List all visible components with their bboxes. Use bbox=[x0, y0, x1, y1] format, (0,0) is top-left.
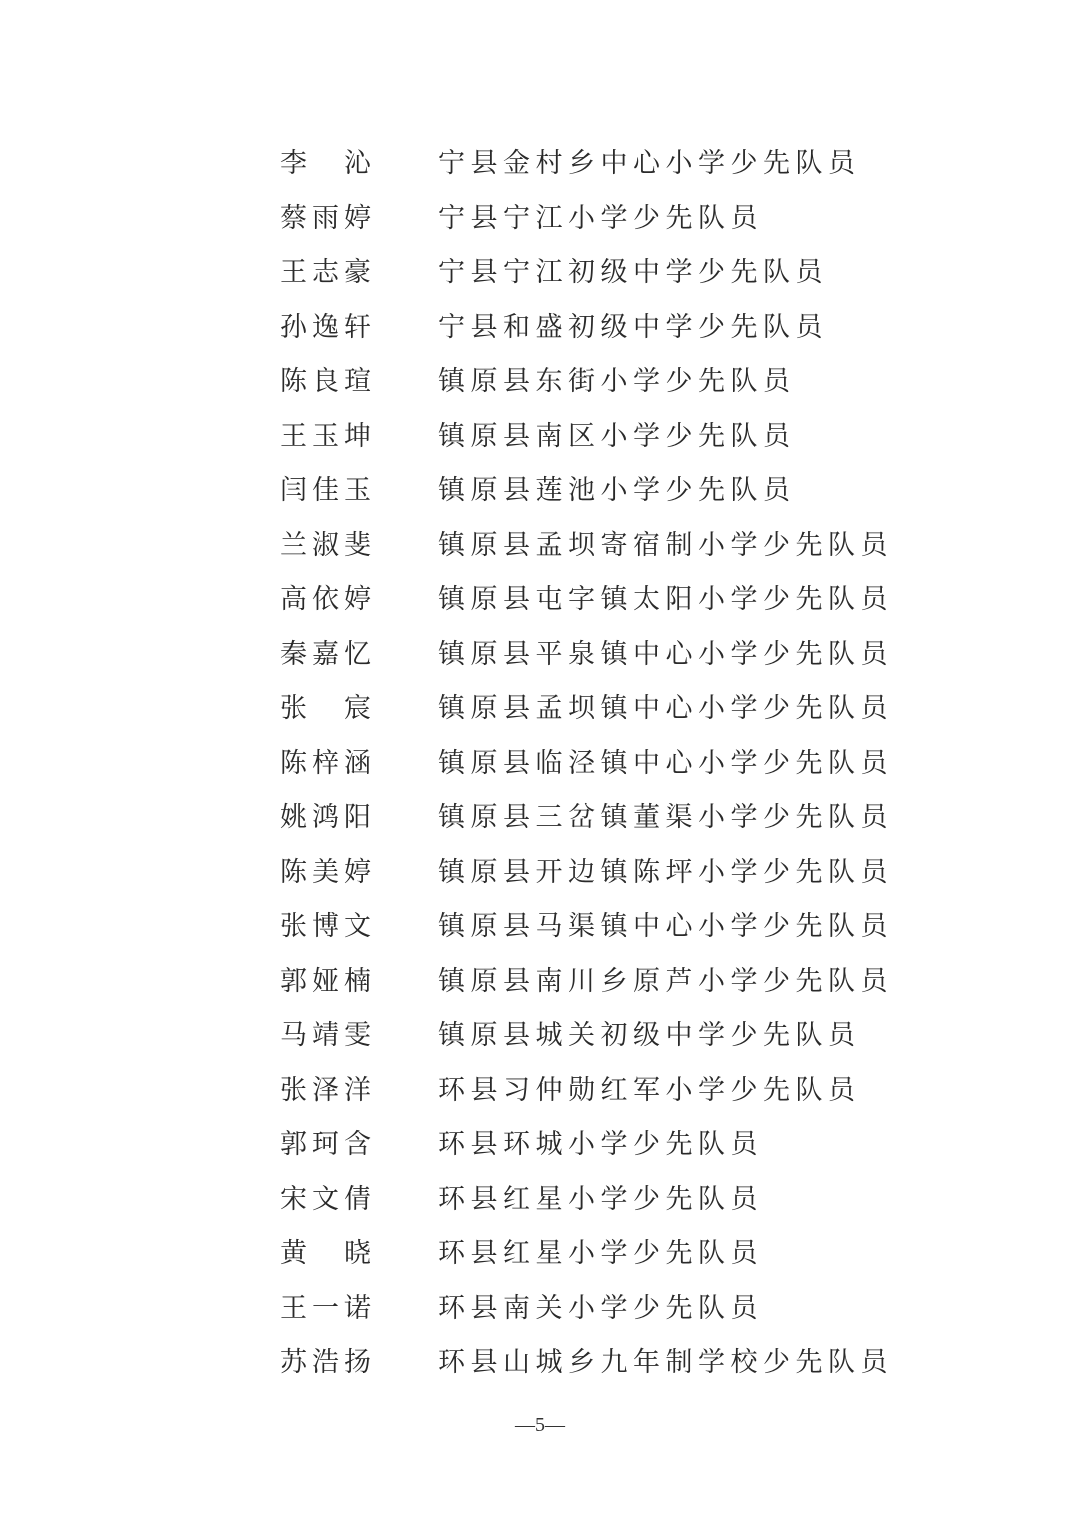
list-item: 兰淑斐镇原县孟坝寄宿制小学少先队员 bbox=[280, 519, 900, 574]
honoree-unit: 镇原县东街小学少先队员 bbox=[438, 355, 796, 410]
list-item: 张 宸镇原县孟坝镇中心小学少先队员 bbox=[280, 682, 900, 737]
list-item: 陈梓涵镇原县临泾镇中心小学少先队员 bbox=[280, 737, 900, 792]
list-item: 秦嘉忆镇原县平泉镇中心小学少先队员 bbox=[280, 628, 900, 683]
honoree-unit: 镇原县屯字镇太阳小学少先队员 bbox=[438, 573, 893, 628]
honoree-name: 秦嘉忆 bbox=[280, 628, 438, 683]
list-item: 孙逸轩宁县和盛初级中学少先队员 bbox=[280, 301, 900, 356]
honoree-unit: 镇原县平泉镇中心小学少先队员 bbox=[438, 628, 893, 683]
honoree-name: 张博文 bbox=[280, 900, 438, 955]
honoree-name: 闫佳玉 bbox=[280, 464, 438, 519]
honoree-unit: 环县环城小学少先队员 bbox=[438, 1118, 763, 1173]
honoree-unit: 镇原县南区小学少先队员 bbox=[438, 410, 796, 465]
honoree-unit: 环县红星小学少先队员 bbox=[438, 1227, 763, 1282]
honoree-name: 马靖雯 bbox=[280, 1009, 438, 1064]
honoree-name: 王一诺 bbox=[280, 1282, 438, 1337]
honoree-unit: 宁县宁江初级中学少先队员 bbox=[438, 246, 828, 301]
list-item: 张泽洋环县习仲勋红军小学少先队员 bbox=[280, 1064, 900, 1119]
list-item: 陈美婷镇原县开边镇陈坪小学少先队员 bbox=[280, 846, 900, 901]
list-item: 黄 晓环县红星小学少先队员 bbox=[280, 1227, 900, 1282]
list-item: 苏浩扬环县山城乡九年制学校少先队员 bbox=[280, 1336, 900, 1391]
honoree-name: 孙逸轩 bbox=[280, 301, 438, 356]
honoree-unit: 镇原县南川乡原芦小学少先队员 bbox=[438, 955, 893, 1010]
honoree-name: 张 宸 bbox=[280, 682, 438, 737]
honoree-unit: 宁县和盛初级中学少先队员 bbox=[438, 301, 828, 356]
honoree-unit: 镇原县孟坝寄宿制小学少先队员 bbox=[438, 519, 893, 574]
honoree-name: 王玉坤 bbox=[280, 410, 438, 465]
list-item: 李 沁宁县金村乡中心小学少先队员 bbox=[280, 137, 900, 192]
honoree-unit: 镇原县城关初级中学少先队员 bbox=[438, 1009, 861, 1064]
page-number: —5— bbox=[0, 1414, 1080, 1437]
list-item: 陈良瑄镇原县东街小学少先队员 bbox=[280, 355, 900, 410]
honoree-unit: 宁县金村乡中心小学少先队员 bbox=[438, 137, 861, 192]
honoree-unit: 环县南关小学少先队员 bbox=[438, 1282, 763, 1337]
list-item: 王一诺环县南关小学少先队员 bbox=[280, 1282, 900, 1337]
honoree-name: 王志豪 bbox=[280, 246, 438, 301]
honoree-unit: 镇原县临泾镇中心小学少先队员 bbox=[438, 737, 893, 792]
honoree-unit: 镇原县马渠镇中心小学少先队员 bbox=[438, 900, 893, 955]
honoree-unit: 宁县宁江小学少先队员 bbox=[438, 192, 763, 247]
honoree-name: 李 沁 bbox=[280, 137, 438, 192]
list-item: 蔡雨婷宁县宁江小学少先队员 bbox=[280, 192, 900, 247]
list-item: 郭娅楠镇原县南川乡原芦小学少先队员 bbox=[280, 955, 900, 1010]
honoree-name: 黄 晓 bbox=[280, 1227, 438, 1282]
list-item: 宋文倩环县红星小学少先队员 bbox=[280, 1173, 900, 1228]
honoree-list: 李 沁宁县金村乡中心小学少先队员 蔡雨婷宁县宁江小学少先队员 王志豪宁县宁江初级… bbox=[280, 137, 900, 1391]
honoree-name: 陈良瑄 bbox=[280, 355, 438, 410]
list-item: 王玉坤镇原县南区小学少先队员 bbox=[280, 410, 900, 465]
list-item: 马靖雯镇原县城关初级中学少先队员 bbox=[280, 1009, 900, 1064]
honoree-unit: 环县习仲勋红军小学少先队员 bbox=[438, 1064, 861, 1119]
honoree-name: 苏浩扬 bbox=[280, 1336, 438, 1391]
honoree-unit: 镇原县莲池小学少先队员 bbox=[438, 464, 796, 519]
honoree-name: 郭娅楠 bbox=[280, 955, 438, 1010]
document-page: 李 沁宁县金村乡中心小学少先队员 蔡雨婷宁县宁江小学少先队员 王志豪宁县宁江初级… bbox=[0, 0, 1080, 1528]
honoree-name: 陈美婷 bbox=[280, 846, 438, 901]
list-item: 闫佳玉镇原县莲池小学少先队员 bbox=[280, 464, 900, 519]
list-item: 王志豪宁县宁江初级中学少先队员 bbox=[280, 246, 900, 301]
honoree-unit: 镇原县三岔镇董渠小学少先队员 bbox=[438, 791, 893, 846]
honoree-name: 郭珂含 bbox=[280, 1118, 438, 1173]
honoree-name: 兰淑斐 bbox=[280, 519, 438, 574]
honoree-unit: 镇原县孟坝镇中心小学少先队员 bbox=[438, 682, 893, 737]
honoree-unit: 环县山城乡九年制学校少先队员 bbox=[438, 1336, 893, 1391]
honoree-name: 张泽洋 bbox=[280, 1064, 438, 1119]
list-item: 张博文镇原县马渠镇中心小学少先队员 bbox=[280, 900, 900, 955]
honoree-name: 陈梓涵 bbox=[280, 737, 438, 792]
honoree-name: 姚鸿阳 bbox=[280, 791, 438, 846]
list-item: 姚鸿阳镇原县三岔镇董渠小学少先队员 bbox=[280, 791, 900, 846]
honoree-unit: 镇原县开边镇陈坪小学少先队员 bbox=[438, 846, 893, 901]
honoree-unit: 环县红星小学少先队员 bbox=[438, 1173, 763, 1228]
list-item: 郭珂含环县环城小学少先队员 bbox=[280, 1118, 900, 1173]
honoree-name: 高依婷 bbox=[280, 573, 438, 628]
list-item: 高依婷镇原县屯字镇太阳小学少先队员 bbox=[280, 573, 900, 628]
honoree-name: 蔡雨婷 bbox=[280, 192, 438, 247]
honoree-name: 宋文倩 bbox=[280, 1173, 438, 1228]
